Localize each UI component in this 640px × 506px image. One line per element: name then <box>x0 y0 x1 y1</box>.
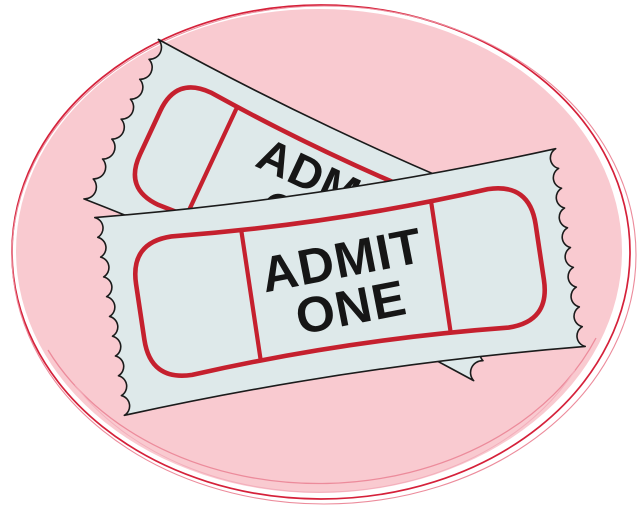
ticket-clipart-illustration: ADMIT ONE ADMIT ONE <box>0 0 640 506</box>
tickets-canvas: ADMIT ONE ADMIT ONE <box>0 0 640 506</box>
